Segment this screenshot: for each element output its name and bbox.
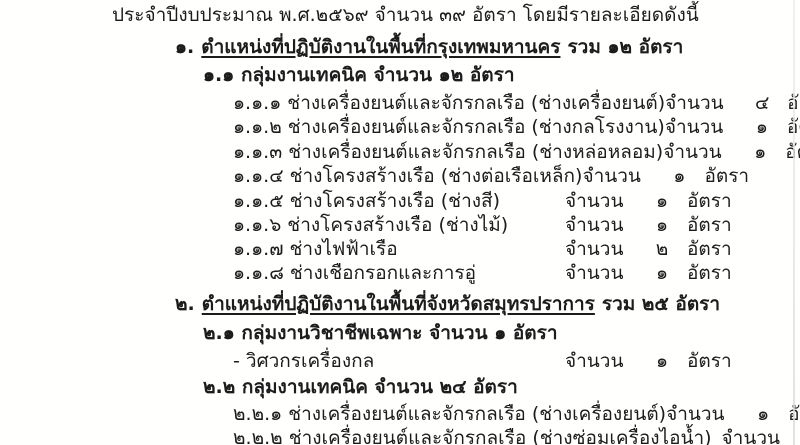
position-name: ๑.๑.๖ ช่างโครงสร้างเรือ (ช่างไม้): [233, 214, 565, 236]
quantity-value: ๑: [637, 262, 687, 284]
quantity-value: ๑: [738, 403, 788, 425]
position-name: ๑.๑.๗ ช่างไฟฟ้าเรือ: [233, 238, 565, 260]
position-name: - วิศวกรเครื่องกล: [233, 350, 565, 372]
unit-label: อัตรา: [687, 262, 732, 284]
quantity-value: ๑: [735, 141, 785, 163]
section-1-number: ๑.: [175, 36, 194, 58]
position-name: ๒.๒.๒ ช่างเครื่องยนต์และจักรกลเรือ (ช่าง…: [233, 427, 722, 445]
section-2-title: ตำแหน่งที่ปฏิบัติงานในพื้นที่จังหวัดสมุท…: [202, 293, 595, 315]
position-name: ๑.๑.๔ ช่างโครงสร้างเรือ (ช่างต่อเรือเหล็…: [233, 165, 582, 187]
section-2-heading: ๒.ตำแหน่งที่ปฏิบัติงานในพื้นที่จังหวัดสม…: [175, 293, 720, 315]
position-row: ๑.๑.๓ ช่างเครื่องยนต์และจักรกลเรือ (ช่าง…: [233, 141, 760, 163]
position-row: ๑.๑.๖ ช่างโครงสร้างเรือ (ช่างไม้) จำนวน …: [233, 214, 760, 236]
position-row: ๑.๑.๑ ช่างเครื่องยนต์และจักรกลเรือ (ช่าง…: [233, 92, 760, 114]
unit-label: อัตรา: [687, 350, 732, 372]
quantity-label: จำนวน: [665, 116, 737, 138]
unit-label: อัตรา: [687, 214, 732, 236]
section-1-total: รวม ๑๒ อัตรา: [567, 36, 683, 58]
position-name: ๑.๑.๓ ช่างเครื่องยนต์และจักรกลเรือ (ช่าง…: [233, 141, 663, 163]
position-row: ๑.๑.๒ ช่างเครื่องยนต์และจักรกลเรือ (ช่าง…: [233, 116, 760, 138]
scan-edge-line: [793, 0, 795, 445]
position-row: ๑.๑.๗ ช่างไฟฟ้าเรือ จำนวน ๒ อัตรา: [233, 238, 760, 260]
quantity-value: ๔: [737, 92, 787, 114]
position-row: ๒.๒.๑ ช่างเครื่องยนต์และจักรกลเรือ (ช่าง…: [233, 403, 760, 425]
quantity-label: จำนวน: [663, 141, 735, 163]
section-1-heading: ๑.ตำแหน่งที่ปฏิบัติงานในพื้นที่กรุงเทพมห…: [175, 36, 683, 58]
quantity-label: จำนวน: [666, 403, 738, 425]
position-name: ๑.๑.๑ ช่างเครื่องยนต์และจักรกลเรือ (ช่าง…: [233, 92, 665, 114]
position-row: ๑.๑.๕ ช่างโครงสร้างเรือ (ช่างสี) จำนวน ๑…: [233, 190, 760, 212]
unit-label: อัตรา: [687, 238, 732, 260]
quantity-label: จำนวน: [565, 190, 637, 212]
quantity-value: ๑: [654, 165, 704, 187]
position-name: ๑.๑.๒ ช่างเครื่องยนต์และจักรกลเรือ (ช่าง…: [233, 116, 665, 138]
position-row: ๒.๒.๒ ช่างเครื่องยนต์และจักรกลเรือ (ช่าง…: [233, 427, 760, 445]
group-2-2-heading: ๒.๒ กลุ่มงานเทคนิค จำนวน ๒๔ อัตรา: [203, 376, 518, 398]
section-1-title: ตำแหน่งที่ปฏิบัติงานในพื้นที่กรุงเทพมหาน…: [201, 36, 560, 58]
group-1-1-heading: ๑.๑ กลุ่มงานเทคนิค จำนวน ๑๒ อัตรา: [203, 64, 515, 86]
quantity-label: จำนวน: [565, 350, 637, 372]
position-name: ๑.๑.๕ ช่างโครงสร้างเรือ (ช่างสี): [233, 190, 565, 212]
document-page: ประจำปีงบประมาณ พ.ศ.๒๕๖๙ จำนวน ๓๙ อัตรา …: [0, 0, 800, 445]
section-2-total: รวม ๒๕ อัตรา: [602, 293, 720, 315]
unit-label: อัตรา: [704, 165, 749, 187]
quantity-value: ๑: [637, 350, 687, 372]
quantity-label: จำนวน: [665, 92, 737, 114]
unit-label: อัตรา: [687, 190, 732, 212]
quantity-label: จำนวน: [565, 262, 637, 284]
position-name: ๒.๒.๑ ช่างเครื่องยนต์และจักรกลเรือ (ช่าง…: [233, 403, 666, 425]
position-row: ๑.๑.๔ ช่างโครงสร้างเรือ (ช่างต่อเรือเหล็…: [233, 165, 760, 187]
position-row: - วิศวกรเครื่องกล จำนวน ๑ อัตรา: [233, 350, 760, 372]
quantity-value: ๑: [737, 116, 787, 138]
quantity-label: จำนวน: [582, 165, 654, 187]
section-2-number: ๒.: [175, 293, 195, 315]
quantity-label: จำนวน: [722, 427, 794, 445]
quantity-label: จำนวน: [565, 238, 637, 260]
position-name: ๑.๑.๘ ช่างเชือกรอกและการอู่: [233, 262, 565, 284]
quantity-value: ๑: [637, 190, 687, 212]
intro-line: ประจำปีงบประมาณ พ.ศ.๒๕๖๙ จำนวน ๓๙ อัตรา …: [112, 4, 699, 26]
quantity-value: ๑: [637, 214, 687, 236]
position-row: ๑.๑.๘ ช่างเชือกรอกและการอู่ จำนวน ๑ อัตร…: [233, 262, 760, 284]
quantity-label: จำนวน: [565, 214, 637, 236]
quantity-value: ๒: [637, 238, 687, 260]
group-2-1-heading: ๒.๑ กลุ่มงานวิชาชีพเฉพาะ จำนวน ๑ อัตรา: [203, 322, 558, 344]
